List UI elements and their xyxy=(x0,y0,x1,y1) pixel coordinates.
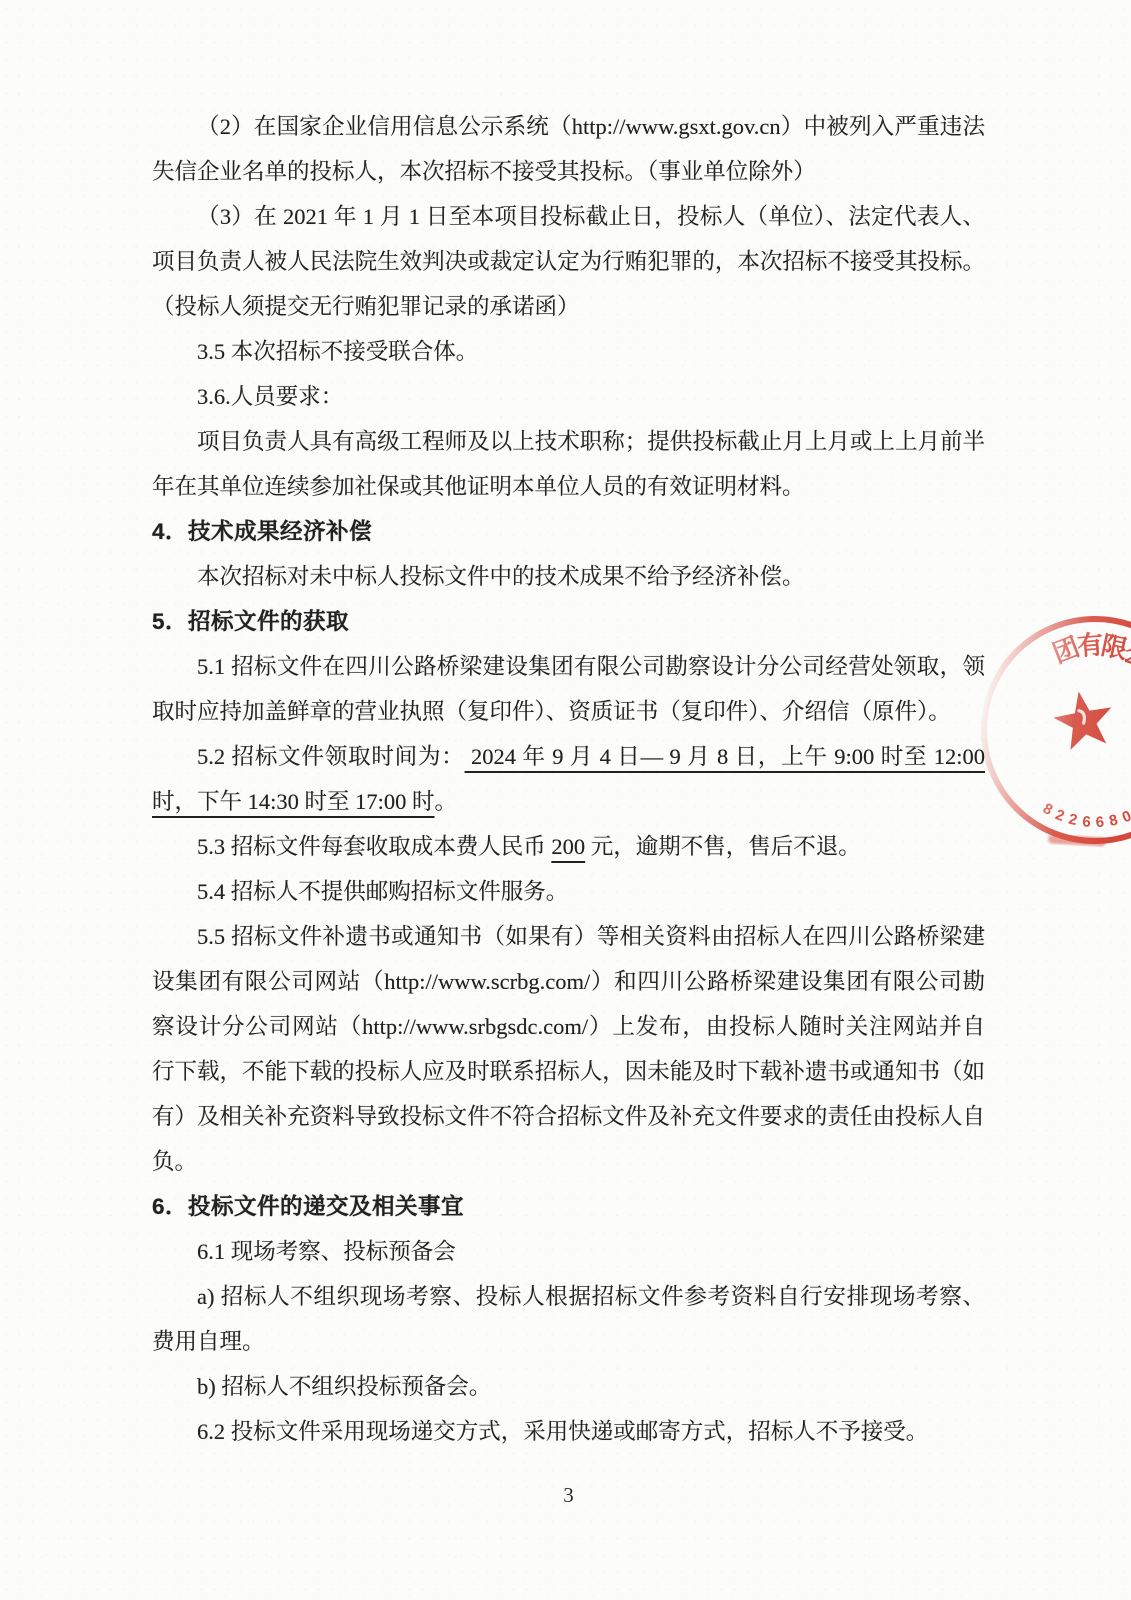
body-paragraph: 3.6.人员要求： xyxy=(152,374,985,419)
document-body: （2）在国家企业信用信息公示系统（http://www.gsxt.gov.cn）… xyxy=(152,104,985,1454)
seal-border xyxy=(984,619,1131,841)
text-run: 6.1 现场考察、投标预备会 xyxy=(197,1239,456,1264)
body-paragraph: （2）在国家企业信用信息公示系统（http://www.gsxt.gov.cn）… xyxy=(152,104,985,194)
text-run: 3.6.人员要求： xyxy=(197,384,343,409)
official-seal-stamp: 团有限公 8226680 xyxy=(975,610,1131,850)
body-paragraph: 本次招标对未中标人投标文件中的技术成果不给予经济补偿。 xyxy=(152,554,985,599)
text-run: a) 招标人不组织现场考察、投标人根据招标文件参考资料自行安排现场考察、费用自理… xyxy=(152,1284,985,1354)
seal-arc-text: 团有限公 xyxy=(1048,629,1131,676)
body-paragraph: 6.1 现场考察、投标预备会 xyxy=(152,1229,985,1274)
body-paragraph: 5.2 招标文件领取时间为： 2024 年 9 月 4 日— 9 月 8 日，上… xyxy=(152,734,985,824)
body-paragraph: （3）在 2021 年 1 月 1 日至本项目投标截止日，投标人（单位）、法定代… xyxy=(152,194,985,329)
text-run: 4．技术成果经济补偿 xyxy=(152,519,372,544)
text-run: b) 招标人不组织投标预备会。 xyxy=(197,1374,491,1399)
text-run: 5.5 招标文件补遗书或通知书（如果有）等相关资料由招标人在四川公路桥梁建设集团… xyxy=(152,924,985,1174)
body-paragraph: 5.1 招标文件在四川公路桥梁建设集团有限公司勘察设计分公司经营处领取，领取时应… xyxy=(152,644,985,734)
body-paragraph: 项目负责人具有高级工程师及以上技术职称；提供投标截止月上月或上上月前半年在其单位… xyxy=(152,419,985,509)
text-run: 5.3 招标文件每套收取成本费人民币 xyxy=(197,834,551,859)
section-heading: 4．技术成果经济补偿 xyxy=(152,509,985,554)
body-paragraph: a) 招标人不组织现场考察、投标人根据招标文件参考资料自行安排现场考察、费用自理… xyxy=(152,1274,985,1364)
body-paragraph: 5.3 招标文件每套收取成本费人民币 200 元，逾期不售，售后不退。 xyxy=(152,824,985,869)
text-run: 5．招标文件的获取 xyxy=(152,609,349,634)
body-paragraph: 6.2 投标文件采用现场递交方式，采用快递或邮寄方式，招标人不予接受。 xyxy=(152,1409,985,1454)
text-run: 3.5 本次招标不接受联合体。 xyxy=(197,339,478,364)
body-paragraph: 5.5 招标文件补遗书或通知书（如果有）等相关资料由招标人在四川公路桥梁建设集团… xyxy=(152,914,985,1184)
document-page: （2）在国家企业信用信息公示系统（http://www.gsxt.gov.cn）… xyxy=(0,0,1131,1600)
body-paragraph: b) 招标人不组织投标预备会。 xyxy=(152,1364,985,1409)
text-run: 6．投标文件的递交及相关事宜 xyxy=(152,1194,464,1219)
text-run: 5.1 招标文件在四川公路桥梁建设集团有限公司勘察设计分公司经营处领取，领取时应… xyxy=(152,654,985,724)
text-run: 5.4 招标人不提供邮购招标文件服务。 xyxy=(197,879,568,904)
text-run: 6.2 投标文件采用现场递交方式，采用快递或邮寄方式，招标人不予接受。 xyxy=(197,1419,928,1444)
text-run: （2）在国家企业信用信息公示系统（http://www.gsxt.gov.cn）… xyxy=(152,114,985,184)
body-paragraph: 3.5 本次招标不接受联合体。 xyxy=(152,329,985,374)
text-run: 。 xyxy=(435,789,458,814)
text-run: 元，逾期不售，售后不退。 xyxy=(585,834,861,859)
text-run: （3）在 2021 年 1 月 1 日至本项目投标截止日，投标人（单位）、法定代… xyxy=(152,204,985,319)
text-run: 项目负责人具有高级工程师及以上技术职称；提供投标截止月上月或上上月前半年在其单位… xyxy=(152,429,985,499)
text-run: 本次招标对未中标人投标文件中的技术成果不给予经济补偿。 xyxy=(197,564,805,589)
text-run: 5.2 招标文件领取时间为： xyxy=(197,744,465,769)
page-number: 3 xyxy=(152,1483,985,1508)
section-heading: 6．投标文件的递交及相关事宜 xyxy=(152,1184,985,1229)
star-icon xyxy=(1050,686,1118,751)
seal-serial-number: 8226680 xyxy=(1040,800,1131,831)
body-paragraph: 5.4 招标人不提供邮购招标文件服务。 xyxy=(152,869,985,914)
underlined-text: 200 xyxy=(551,834,585,859)
section-heading: 5．招标文件的获取 xyxy=(152,599,985,644)
seal-ink-smudge xyxy=(1048,834,1106,846)
